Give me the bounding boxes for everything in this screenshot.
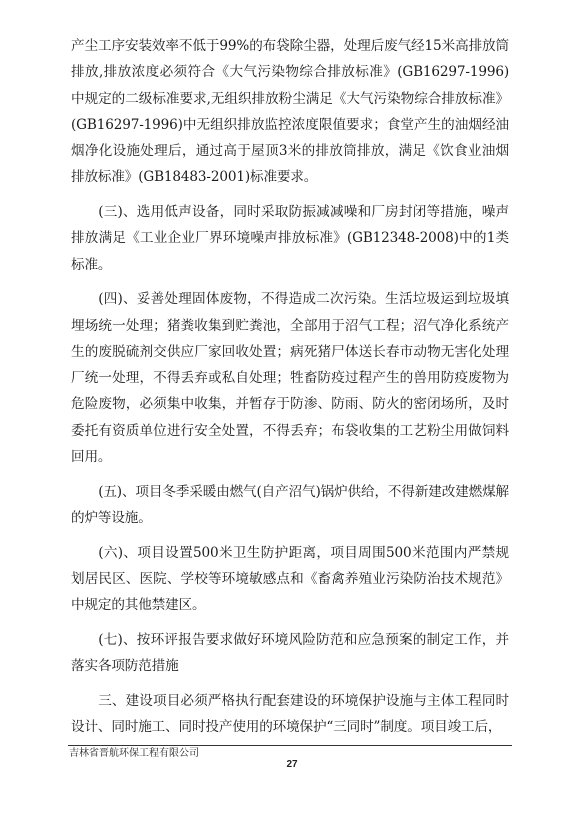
paragraph-solid-waste: (四)、妥善处理固体废物，不得造成二次污染。生活垃圾运到垃圾填埋场统一处理；猪粪… [71, 286, 509, 470]
footer-divider [68, 745, 512, 746]
paragraph-emissions-continued: 产尘工序安装效率不低于99%的布袋除尘器，处理后废气经15米高排放筒排放,排放浓… [71, 33, 509, 191]
footer-company-name: 吉林省晋航环保工程有限公司 [69, 747, 199, 760]
paragraph-heating: (五)、项目冬季采暖由燃气(自产沼气)锅炉供给，不得新建改建燃煤解的炉等设施。 [71, 479, 509, 532]
paragraph-three-simultaneities: 三、建设项目必须严格执行配套建设的环境保护设施与主体工程同时设计、同时施工、同时… [71, 688, 509, 741]
paragraph-noise: (三)、选用低声设备，同时采取防振减减噪和厂房封闭等措施，噪声排放满足《工业企业… [71, 199, 509, 278]
page-number: 27 [280, 758, 304, 771]
document-page: 产尘工序安装效率不低于99%的布袋除尘器，处理后废气经15米高排放筒排放,排放浓… [0, 0, 584, 816]
paragraph-protection-distance: (六)、项目设置500米卫生防护距离，项目周围500米范围内严禁规划居民区、医院… [71, 540, 509, 619]
paragraph-risk-prevention: (七)、按环评报告要求做好环境风险防范和应急预案的制定工作，并落实各项防范措施 [71, 627, 509, 680]
document-body: 产尘工序安装效率不低于99%的布袋除尘器，处理后废气经15米高排放筒排放,排放浓… [71, 33, 509, 749]
